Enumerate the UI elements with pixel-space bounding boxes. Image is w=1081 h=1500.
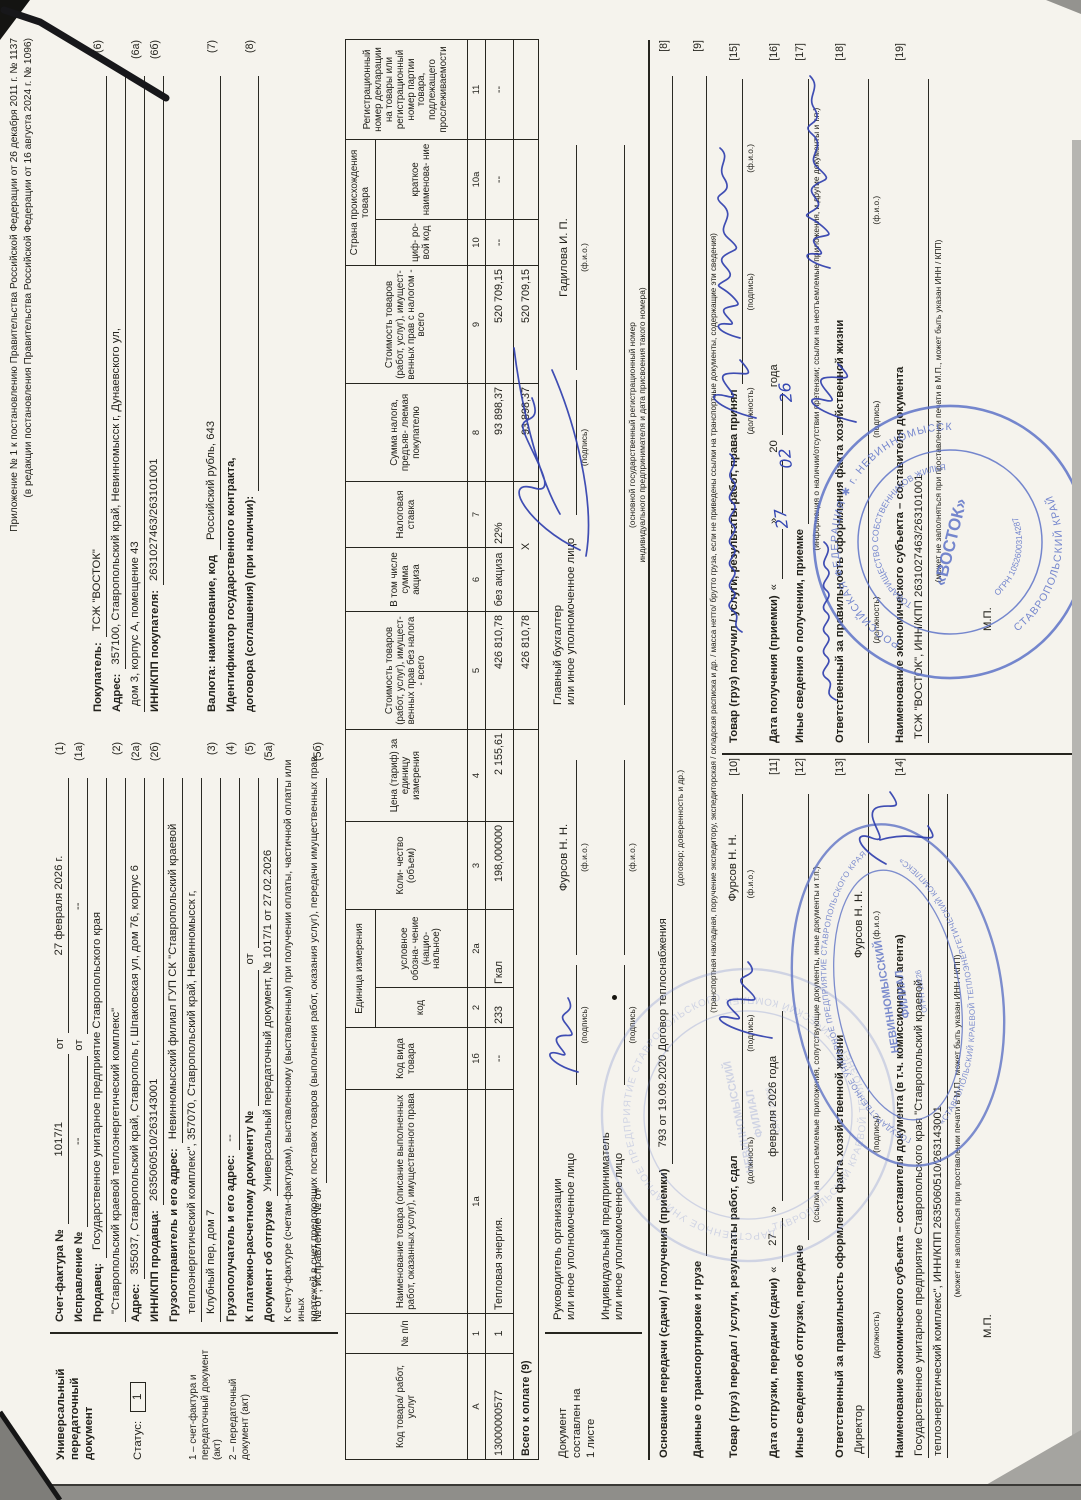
marker-6b: (6б) [147,40,164,76]
seller-inn-label: ИНН/КПП продавца: [147,1205,164,1322]
basis-value: 793 от 19.09.2020 Договор теплоснабжения [655,76,673,1164]
buyer-inn: 2631027463/263101001 [146,76,164,585]
received-sign-line [742,201,743,284]
shipping-doc-value: Универсальный передаточный документ, № 1… [260,778,278,1196]
ip-sign-line [606,965,625,1085]
marker-13: [13] [832,758,849,794]
seller-column: Товар (груз) передал / услуги, результат… [726,758,1076,1458]
seller-name-1: Государственное унитарное предприятие Ст… [89,778,107,1258]
other-ship-line [808,794,809,1240]
sign-caption: (подпись) [871,341,881,497]
header-divider [50,1333,338,1335]
entity-label: Наименование экономического субъекта – с… [892,929,909,1458]
ink-dot [612,995,617,1000]
total-cost-wo-tax: 426 810,78 [514,611,539,729]
buyer-address-2: дом 3, корпус А, помещение 43 [127,76,145,712]
consignee-value: -- [222,778,240,1150]
responsible-fio: Фурсов Н. Н. [851,794,869,1055]
sig-block-divider [545,1333,642,1335]
handed-label: Товар (груз) передал / услуги, результат… [726,1151,743,1459]
invoice-number-label: Счет-фактура № [52,1224,69,1322]
year-word: года [766,359,783,393]
col-header-country-code: циф- ро- вой код [376,219,468,265]
position-caption: (должность) [871,1212,881,1458]
position-caption: (должность) [871,497,881,743]
head-signer-label: Руководитель организацииили иное уполном… [552,1153,578,1320]
cell-code: 13000000577 [486,1354,514,1460]
shipping-doc-label: Документ об отгрузке [261,1196,278,1322]
entity-caption: (может не заполняться при проставлении п… [952,794,962,1458]
total-tax: 93 898,37 [514,383,539,481]
total-x: X [514,481,539,611]
accountant-label: Главный бухгалтерили иное уполномоченное… [552,538,578,705]
seller-address-label: Адрес: [128,1279,145,1322]
cell-num: 1 [486,1314,514,1354]
advance-blank [326,778,327,1183]
basis-label: Основание передачи (сдачи) / получения (… [656,1164,673,1458]
consignor-2: теплоэнергетический комплекс", 357070, С… [184,778,202,1322]
handed-fio: Фурсов Н. Н. [725,794,743,942]
cell-kind: -- [486,1028,514,1090]
responsible-fio-line [868,79,869,341]
receive-month-line [782,461,783,513]
ship-date-label: Дата отгрузки, передачи (сдачи) [766,1273,783,1458]
cell-rate: 22% [486,481,514,547]
cell-unit-symbol: Гкал [486,909,514,987]
marker-8b: [8] [656,40,673,76]
col-header-rate: Налоговая ставка [346,481,468,547]
seller-inn: 2635060510/263143001 [146,778,164,1205]
cell-cost-with-tax: 520 709,15 [486,265,514,383]
sign-caption: (подпись) [745,974,755,1092]
seller-label: Продавец: [90,1258,107,1322]
status-value: 1 [130,1382,146,1412]
cell-unit-code: 233 [486,988,514,1028]
consignee-label: Грузополучатель и его адрес: [223,1150,240,1322]
marker-5a: (5а) [261,742,278,778]
doc-title: Универсальный передаточный документ [54,1338,96,1460]
from-word: от [242,948,259,969]
cell-name: Тепловая энергия. [486,1090,514,1314]
fio-caption: (ф.и.о.) [745,794,755,974]
col-header-code: Код товара/ работ, услуг [346,1354,468,1460]
received-label: Товар (груз) получил / услуги, результат… [726,384,743,743]
col-header-name: Наименование товара (описание выполненны… [346,1090,468,1314]
col-header-excise: В том числе сумма акциза [346,547,468,611]
cell-price: 2 155,61 [486,729,514,821]
transport-value [706,76,707,1256]
other-ship-caption: (ссылки на неотъемлемые приложения, сопу… [811,794,821,1295]
correction-number: -- [70,1056,88,1227]
ip-fio-caption: (ф.и.о.) [627,760,637,955]
marker-8: (8) [242,40,259,76]
marker-3: (3) [204,742,221,778]
status-legend-2: 2 – передаточный документ (акт) [228,1338,252,1460]
received-position-line [742,284,743,384]
from-word: от [71,1034,88,1055]
marker-18: [18] [832,43,849,79]
cell-country-code: -- [486,219,514,265]
accountant-fio-caption: (ф.и.о.) [579,145,589,370]
responsible-label-right: Ответственный за правильность оформления… [832,315,849,743]
buyer-inn-label: ИНН/КПП покупателя: [147,585,164,712]
basis-caption: (договор; доверенность и др.) [675,618,685,1038]
marker-5: (5) [242,742,259,778]
mp-right: М.П. [982,607,994,631]
annex-note: Приложение № 1 к постановлению Правитель… [8,38,35,532]
marker-1a: (1а) [71,742,88,778]
total-row: Всего к оплате (9) 426 810,78 X 93 898,3… [514,39,539,1459]
receive-date-label: Дата получения (приемки) [766,590,783,743]
total-label: Всего к оплате (9) [514,729,539,1459]
fio-caption: (ф.и.о.) [871,794,881,1056]
entity-name-2: теплоэнергетический комплекс", ИНН/КПП 2… [930,794,948,1458]
status-legend-1: 1 – счет-фактура и передаточный документ… [188,1338,224,1460]
entity-name-1: Государственное унитарное предприятие Ст… [911,794,929,1458]
invoice-number-value: 1017/1 [51,1054,69,1224]
transport-caption: (транспортная накладная, поручение экспе… [709,78,719,1168]
invoice-header-right: Покупатель: ТСЖ "ВОСТОК" (6) Адрес: 3571… [52,40,342,712]
col-header-num: № п/п [346,1314,468,1354]
other-receive-line [808,79,809,524]
col-header-price: Цена (тариф) за единицу измерения [346,729,468,821]
ip-sign-caption: (подпись) [627,965,637,1085]
section-separator [648,40,650,1460]
payment-doc-label: К платежно-расчетному документу № [242,1106,259,1322]
responsible-position-line [868,497,869,743]
seller-name-2: "Ставропольский краевой теплоэнергетичес… [108,778,126,1322]
currency-label: Валюта: наименование, код [204,550,221,712]
fio-caption: (ф.и.о.) [745,79,755,238]
other-ship-label: Иные сведения об отгрузке, передаче [792,1240,809,1458]
payment-doc-number [258,970,259,1106]
col-header-unit: Единица измерения [346,909,376,1027]
correction-date: -- [70,778,88,1034]
handed-position-line [742,1038,743,1150]
annex-line-2: (в редакции постановления Правительства … [22,38,36,532]
head-sign-line [558,965,577,1085]
sign-caption: (подпись) [745,238,755,346]
seller-address: 355037, Ставропольский край, Ставрополь … [127,778,145,1279]
cell-country-name: -- [486,139,514,219]
receive-year-line [782,393,783,435]
col-header-qty: Коли- чество (объем) [346,821,468,909]
from-word: от [52,1033,69,1054]
marker-14: [14] [892,758,909,794]
accountant-sign-line [558,380,577,515]
fio-caption: (ф.и.о.) [871,79,881,341]
invoice-date-value: 27 февраля 2026 г. [51,778,69,1033]
other-receive-label: Иные сведения о получении, приемке [792,524,809,743]
advance-line: № от , исправление № от [310,1183,327,1322]
col-header-kind: Код вида товара [346,1028,468,1090]
transport-label: Данные о транспортировке и грузе [690,1256,707,1458]
status-label: Статус: [132,1421,144,1460]
currency-value: Российский рубль, 643 [203,76,221,550]
accountant-fio: Гадилова И. П. [558,145,577,370]
buyer-address-1: 357100, Ставропольский край, Невинномысс… [108,76,126,669]
entity-caption-right: (может не заполняться при проставлении п… [933,79,943,743]
invoice-header-left: Счет-фактура № 1017/1 от 27 февраля 2026… [52,742,342,1322]
ogrn-line [606,145,625,705]
year-prefix: 20 [766,435,783,461]
position-caption: (должность) [745,346,755,476]
marker-2: (2) [109,742,126,778]
sheet-note: Документ составлен на 1 листе [556,1388,598,1458]
contract-id-blank [258,76,259,491]
marker-7: (7) [204,40,221,76]
goods-table: Код товара/ работ, услуг № п/п Наименова… [345,39,539,1460]
marker-1: (1) [52,742,69,778]
advance-note-1: К счету-фактуре (счетам-фактурам), выста… [282,742,308,1322]
col-header-country-name: краткое наименова- ние [376,139,468,219]
buyer-address-label: Адрес: [109,669,126,712]
col-header-unit-symbol: условное обозна- чение (нацио- нальное) [376,909,468,987]
marker-16: [16] [766,43,783,79]
annex-line-1: Приложение № 1 к постановлению Правитель… [8,38,22,532]
marker-12: [12] [792,758,809,794]
responsible-sign-line [868,1055,869,1210]
col-header-cost-with-tax: Стоимость товаров (работ, услуг), имущес… [346,265,468,383]
handed-sign-line [742,942,743,1039]
ship-month-year: февраля 2026 года [765,1011,783,1201]
marker-2a: (2а) [128,742,145,778]
cell-tax: 93 898,37 [486,383,514,481]
sign-caption: (подпись) [871,1056,881,1212]
ip-label: Индивидуальный предпринимательили иное у… [600,1132,626,1320]
consignor-label: Грузоотправитель и его адрес: [166,1143,183,1322]
table-row: 13000000577 1 Тепловая энергия. -- 233 Г… [486,39,514,1459]
marker-19: [19] [892,43,909,79]
total-cost-with-tax: 520 709,15 [514,265,539,383]
status-legend: 1 – счет-фактура и передаточный документ… [188,1338,252,1460]
position-caption: (должность) [745,1092,755,1229]
entity-name-right: ТСЖ "ВОСТОК", ИНН/КПП 2631027463/2631010… [911,79,929,743]
marker-5b: (5б) [310,742,327,778]
marker-9: [9] [690,40,707,76]
other-receive-caption: (информация о наличии/отсутствии претенз… [811,79,821,579]
column-index-row: А1 1а1б 22а 34 56 78 910 10а11 [468,39,486,1459]
col-header-cost-wo-tax: Стоимость товаров (работ, услуг), имущес… [346,611,468,729]
buyer-label: Покупатель: [90,637,107,712]
head-fio: Фурсов Н. Н. [558,760,577,955]
scanned-upd-document: { "page": { "annex1": "Приложение № 1 к … [0,0,1081,1500]
marker-4: (4) [223,742,240,778]
received-fio-line [742,79,743,201]
col-header-country: Страна происхождения товара [346,139,376,265]
contract-id-label-2: договора (соглашения) (при наличии): [242,491,259,712]
payment-doc-date [258,778,259,948]
col-header-unit-code: код [376,988,468,1028]
correction-label: Исправление № [71,1227,88,1322]
receive-day-line [782,529,783,579]
marker-17: [17] [792,43,809,79]
mp-left: М.П. [982,1314,994,1338]
marker-6a: (6а) [128,40,145,76]
marker-15: [15] [726,43,743,79]
cell-reg-number: -- [486,39,514,139]
marker-2b: (2б) [147,742,164,778]
contract-id-label-1: Идентификатор государственного контракта… [223,453,240,713]
transfer-basis: Основание передачи (сдачи) / получения (… [656,40,720,1458]
marker-11: [11] [766,758,783,794]
buyer-column: Товар (груз) получил / услуги, результат… [726,43,1076,743]
entity-label-right: Наименование экономического субъекта – с… [892,362,909,743]
col-header-tax: Сумма налога, предъяв- ляемая покупателю [346,383,468,481]
head-sign-caption: (подпись) [579,965,589,1085]
cell-cost-wo-tax: 426 810,78 [486,611,514,729]
buyer-name: ТСЖ "ВОСТОК" [89,76,107,637]
ogrn-note: (основной государственный регистрационны… [627,145,647,705]
ship-day: 27 [765,1218,783,1262]
accountant-sign-caption: (подпись) [579,380,589,515]
responsible-position: Директор [851,1210,869,1458]
responsible-label: Ответственный за правильность оформления… [832,1030,849,1458]
status-row: Статус:1 [130,1382,146,1460]
upd-landscape-page: Приложение № 1 к постановлению Правитель… [0,0,1081,1500]
consignor-3: Клубный пер, дом 7 [203,778,221,1322]
ip-fio-line [606,760,625,955]
cell-excise: без акциза [486,547,514,611]
col-header-reg-number: Регистрационный номер декларации на това… [346,39,468,139]
consignor-1: Невинномысский филиал ГУП СК "Ставрополь… [165,778,183,1143]
columns-divider [722,754,1074,756]
head-fio-caption: (ф.и.о.) [579,760,589,955]
responsible-sign-line-right [868,341,869,497]
cell-qty: 198,000000 [486,821,514,909]
marker-10: [10] [726,758,743,794]
marker-6: (6) [90,40,107,76]
